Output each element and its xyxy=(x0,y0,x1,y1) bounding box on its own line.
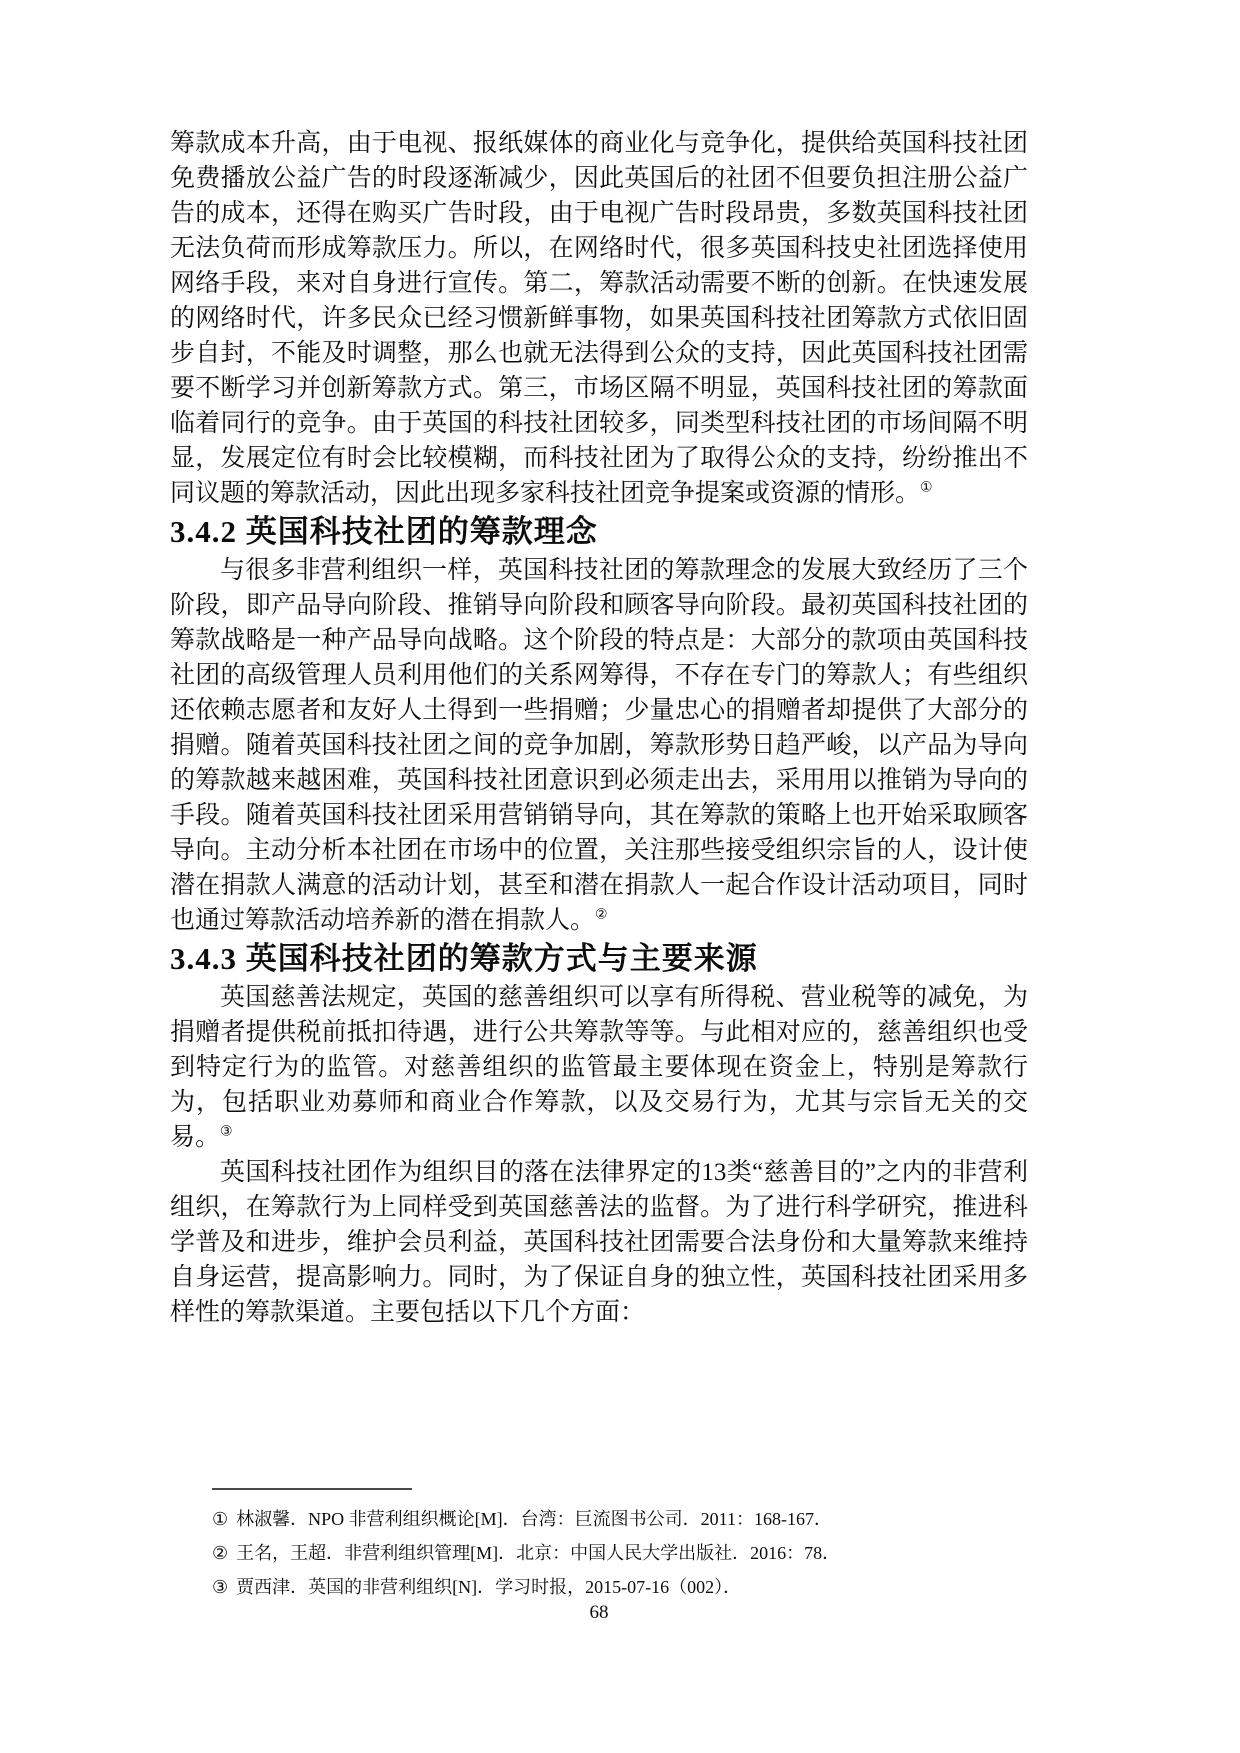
section-heading-3-4-3: 3.4.3 英国科技社团的筹款方式与主要来源 xyxy=(170,938,1028,980)
paragraph-text: 英国慈善法规定，英国的慈善组织可以享有所得税、营业税等的减免，为捐赠者提供税前抵… xyxy=(170,984,1028,1151)
footnote-text: 王名，王超．非营利组织管理[M]．北京：中国人民大学出版社．2016：78． xyxy=(236,1543,840,1563)
footnote-text: 林淑馨．NPO 非营利组织概论[M]．台湾：巨流图书公司．2011：168-16… xyxy=(236,1509,832,1529)
paragraph-text: 与很多非营利组织一样，英国科技社团的筹款理念的发展大致经历了三个阶段，即产品导向… xyxy=(170,557,1028,934)
footnote-2: ②王名，王超．非营利组织管理[M]．北京：中国人民大学出版社．2016：78． xyxy=(212,1536,1042,1570)
paragraph-fundraising-concept: 与很多非营利组织一样，英国科技社团的筹款理念的发展大致经历了三个阶段，即产品导向… xyxy=(170,553,1028,938)
footnote-divider xyxy=(212,1488,412,1490)
page-number: 68 xyxy=(170,1602,1028,1624)
footnote-marker: ① xyxy=(212,1509,228,1529)
paragraph-fundraising-pressure: 筹款成本升高，由于电视、报纸媒体的商业化与竞争化，提供给英国科技社团免费播放公益… xyxy=(170,126,1028,511)
footnote-1: ①林淑馨．NPO 非营利组织概论[M]．台湾：巨流图书公司．2011：168-1… xyxy=(212,1502,1042,1536)
section-heading-3-4-2: 3.4.2 英国科技社团的筹款理念 xyxy=(170,511,1028,553)
footnote-ref-1: ① xyxy=(920,481,933,496)
footnote-ref-2: ② xyxy=(595,908,608,923)
footnote-ref-3: ③ xyxy=(220,1125,233,1140)
paragraph-text: 英国科技社团作为组织目的落在法律界定的13类“慈善目的”之内的非营利组织，在筹款… xyxy=(170,1159,1028,1326)
paragraph-charity-law: 英国慈善法规定，英国的慈善组织可以享有所得税、营业税等的减免，为捐赠者提供税前抵… xyxy=(170,980,1028,1155)
footnote-marker: ③ xyxy=(212,1577,228,1597)
body-text: 筹款成本升高，由于电视、报纸媒体的商业化与竞争化，提供给英国科技社团免费播放公益… xyxy=(170,126,1028,1330)
footnote-3: ③贾西津．英国的非营利组织[N]．学习时报，2015-07-16（002）． xyxy=(212,1570,1042,1604)
paragraph-text: 筹款成本升高，由于电视、报纸媒体的商业化与竞争化，提供给英国科技社团免费播放公益… xyxy=(170,130,1028,507)
footnote-marker: ② xyxy=(212,1543,228,1563)
footnote-text: 贾西津．英国的非营利组织[N]．学习时报，2015-07-16（002）． xyxy=(236,1577,741,1597)
thesis-page: 筹款成本升高，由于电视、报纸媒体的商业化与竞争化，提供给英国科技社团免费播放公益… xyxy=(0,0,1240,1753)
paragraph-funding-channels: 英国科技社团作为组织目的落在法律界定的13类“慈善目的”之内的非营利组织，在筹款… xyxy=(170,1155,1028,1330)
footnotes-section: ①林淑馨．NPO 非营利组织概论[M]．台湾：巨流图书公司．2011：168-1… xyxy=(212,1488,1042,1604)
